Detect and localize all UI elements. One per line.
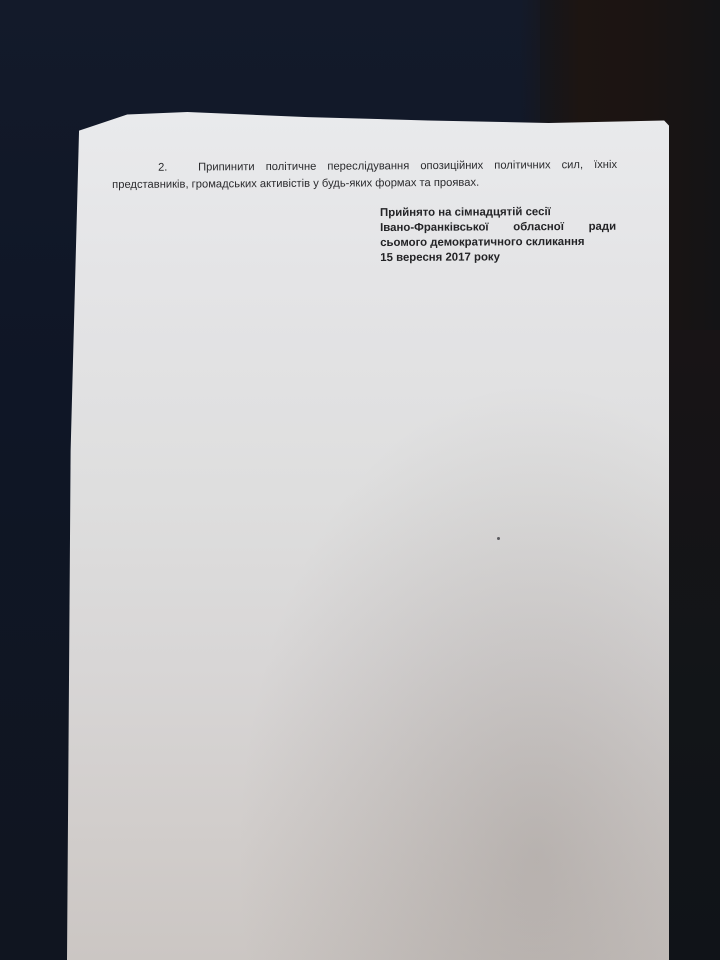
adoption-line-3: сьомого демократичного скликання: [380, 235, 616, 251]
resolution-paragraph-2: 2.Припинити політичне переслідування опо…: [112, 157, 617, 194]
paper-speck: [497, 537, 500, 540]
adoption-line-1: Прийнято на сімнадцятій сесії: [380, 205, 616, 221]
adoption-line-2-word-1: Івано-Франківської: [380, 220, 489, 236]
adoption-line-2-word-2: обласної: [513, 220, 564, 235]
adoption-line-2-word-3: ради: [589, 220, 617, 235]
adoption-note: Прийнято на сімнадцятій сесії Івано-Фран…: [380, 205, 616, 266]
paragraph-number: 2.: [158, 159, 198, 176]
adoption-line-2: Івано-Франківської обласної ради: [380, 220, 616, 236]
paragraph-text-line-2: представників, громадських активістів у …: [112, 177, 479, 191]
paragraph-text-line-1: Припинити політичне переслідування опози…: [198, 159, 617, 174]
adoption-date: 15 вересня 2017 року: [380, 250, 616, 266]
